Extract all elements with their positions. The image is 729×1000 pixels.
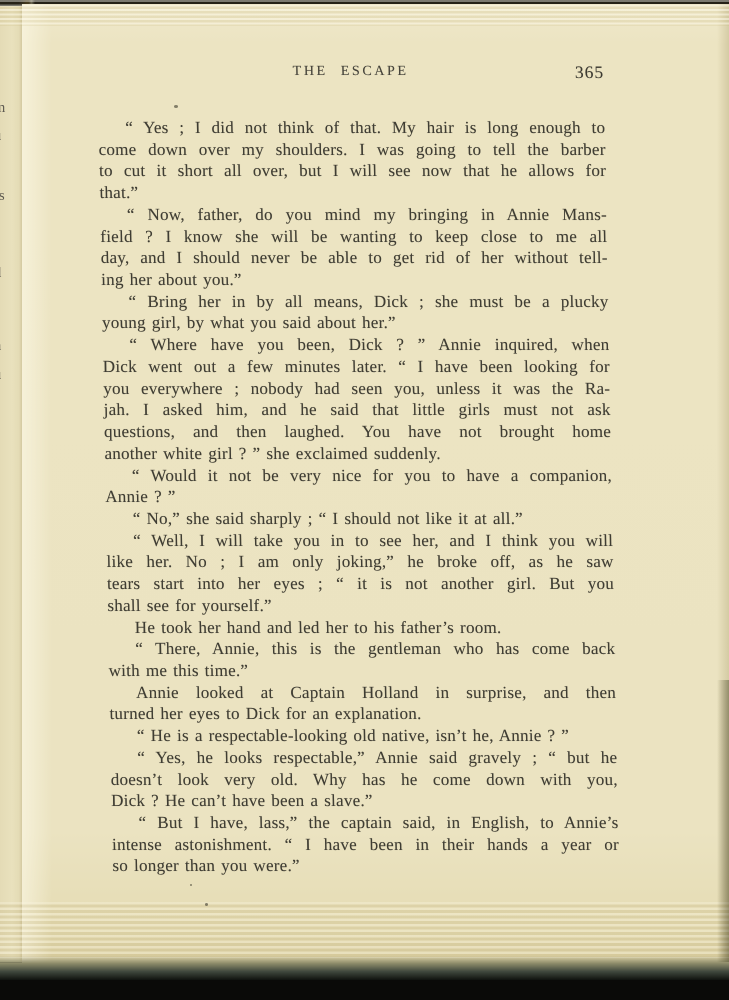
- text-line: intense astonishment. “ I have been in t…: [112, 834, 619, 856]
- text-line: “ There, Annie, this is the gentleman wh…: [108, 638, 615, 660]
- text-line: Dick ? He can’t have been a slave.”: [111, 790, 618, 812]
- gutter-letter-fragment: s: [0, 394, 10, 411]
- text-line: “ He is a respectable-looking old native…: [110, 725, 617, 747]
- text-line: Dick went out a few minutes later. “ I h…: [103, 356, 610, 378]
- text-line: shall see for yourself.”: [107, 595, 614, 617]
- text-line: doesn’t look very old. Why has he come d…: [111, 769, 618, 791]
- bottom-page-edges: [0, 902, 729, 958]
- text-line: Annie looked at Captain Holland in surpr…: [109, 682, 616, 704]
- gutter-letter-fragment: n: [0, 338, 10, 355]
- text-line: so longer than you were.”: [112, 855, 619, 877]
- right-page-edge-shade: [717, 680, 729, 962]
- text-line: field ? I know she will be wanting to ke…: [100, 226, 607, 248]
- text-line: like her. No ; I am only joking,” he bro…: [106, 551, 613, 573]
- gutter-letter-fragment: d: [0, 265, 10, 282]
- text-line: “ Would it not be very nice for you to h…: [105, 465, 612, 487]
- gutter-letter-fragment: u: [0, 367, 10, 384]
- text-line: “ Yes ; I did not think of that. My hair…: [98, 117, 605, 139]
- text-line: with me this time.”: [108, 660, 615, 682]
- paper-speck: [174, 105, 178, 108]
- text-line: He took her hand and led her to his fath…: [108, 617, 615, 639]
- text-line: “ Now, father, do you mind my bringing i…: [100, 204, 607, 226]
- text-line: jah. I asked him, and he said that littl…: [103, 399, 610, 421]
- text-line: “ Yes, he looks respectable,” Annie said…: [110, 747, 617, 769]
- running-header: THE ESCAPE 365: [97, 64, 604, 82]
- text-line: Annie ? ”: [105, 486, 612, 508]
- text-line: another white girl ? ” she exclaimed sud…: [104, 443, 611, 465]
- text-line: “ But I have, lass,” the captain said, i…: [111, 812, 618, 834]
- text-line: questions, and then laughed. You have no…: [104, 421, 611, 443]
- text-line: that.”: [99, 182, 606, 204]
- gutter-letter-fragment: is: [0, 188, 10, 205]
- text-line: “ Where have you been, Dick ? ” Annie in…: [102, 334, 609, 356]
- text-line: you everywhere ; nobody had seen you, un…: [103, 378, 610, 400]
- text-line: to cut it short all over, but I will see…: [99, 160, 606, 182]
- page-text-column: THE ESCAPE 365 “ Yes ; I did not think o…: [97, 64, 620, 877]
- book-bottom-edge: [0, 956, 729, 980]
- body-text: “ Yes ; I did not think of that. My hair…: [98, 117, 620, 877]
- gutter-letter-fragment: e: [0, 240, 10, 257]
- paper-speck: [205, 903, 208, 906]
- page-title: THE ESCAPE: [97, 64, 604, 80]
- text-line: young girl, by what you said about her.”: [102, 312, 609, 334]
- paper-speck: [190, 884, 192, 886]
- page-number: 365: [575, 62, 605, 83]
- gutter-letter-fragment: m: [0, 100, 10, 117]
- text-line: ing her about you.”: [101, 269, 608, 291]
- gutter-letter-fragment: u: [0, 128, 10, 145]
- text-line: “ Bring her in by all means, Dick ; she …: [101, 291, 608, 313]
- text-line: turned her eyes to Dick for an explanati…: [109, 703, 616, 725]
- text-line: day, and I should never be able to get r…: [101, 247, 608, 269]
- top-page-edges: [0, 0, 729, 26]
- text-line: “ No,” she said sharply ; “ I should not…: [106, 508, 613, 530]
- text-line: tears start into her eyes ; “ it is not …: [107, 573, 614, 595]
- scanned-book-photo: THE ESCAPE 365 “ Yes ; I did not think o…: [0, 0, 729, 1000]
- text-line: come down over my shoulders. I was going…: [98, 139, 605, 161]
- text-line: “ Well, I will take you in to see her, a…: [106, 530, 613, 552]
